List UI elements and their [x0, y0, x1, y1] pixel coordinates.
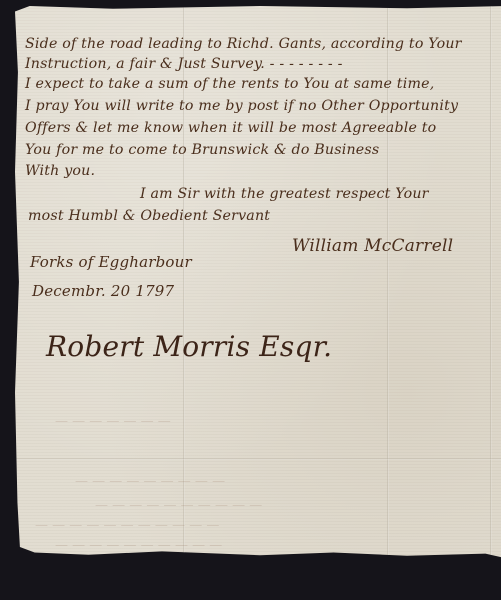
bleed-through-text: — — — — — — — — — —: [95, 498, 262, 513]
date-line: Decembr. 20 1797: [32, 282, 174, 300]
letter-line: Offers & let me know when it will be mos…: [25, 120, 436, 136]
letter-line: Instruction, a fair & Just Survey. - - -…: [25, 56, 343, 72]
addressee: Robert Morris Esqr.: [46, 330, 332, 363]
place-line: Forks of Eggharbour: [30, 253, 192, 271]
bleed-through-text: — — — — — — — — —: [75, 474, 225, 489]
letter-line: You for me to come to Brunswick & do Bus…: [25, 142, 379, 158]
fold-line-vertical-3: [490, 6, 492, 558]
closing-line: most Humbl & Obedient Servant: [28, 208, 270, 224]
bleed-through-text: — — — — — — —: [55, 414, 171, 429]
bleed-through-text: — — — — — — — — — — —: [35, 518, 219, 533]
letter-scan: — — — — — — — — — — — — — — — — — — — — …: [0, 0, 501, 600]
letter-line: With you.: [25, 163, 95, 179]
signature: William McCarrell: [292, 236, 453, 256]
letter-line: I expect to take a sum of the rents to Y…: [25, 76, 434, 92]
closing-line: I am Sir with the greatest respect Your: [140, 186, 429, 202]
bleed-through-text: — — — — — — — — — —: [55, 538, 222, 553]
letter-line: I pray You will write to me by post if n…: [25, 98, 458, 114]
fold-line-horizontal: [15, 458, 501, 460]
letter-line: Side of the road leading to Richd. Gants…: [25, 36, 462, 52]
